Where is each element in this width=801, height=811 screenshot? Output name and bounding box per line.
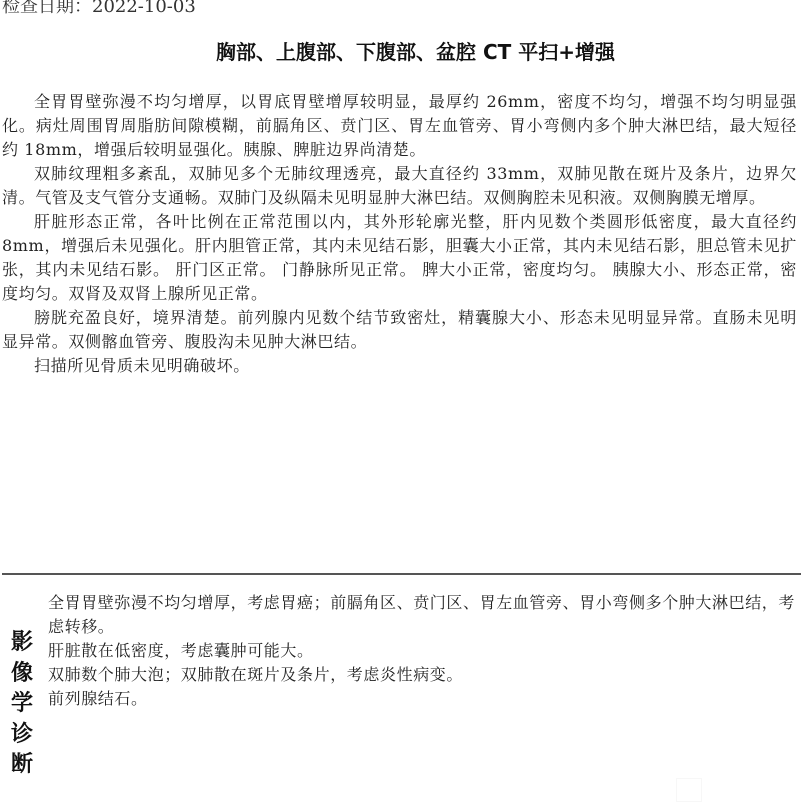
section-divider <box>2 573 801 575</box>
diagnosis-label: 影 像 学 诊 断 <box>8 628 36 781</box>
finding-paragraph-liver: 肝脏形态正常，各叶比例在正常范围以内，其外形轮廓光整，肝内见数个类圆形低密度，最… <box>2 210 797 306</box>
finding-paragraph-pelvis: 膀胱充盈良好，境界清楚。前列腺内见数个结节致密灶，精囊腺大小、形态未见明显异常。… <box>2 306 797 354</box>
diagnosis-label-char: 影 <box>8 628 36 659</box>
diagnosis-section: 全胃胃壁弥漫不均匀增厚，考虑胃癌；前膈角区、贲门区、胃左血管旁、胃小弯侧多个肿大… <box>48 591 801 711</box>
finding-paragraph-bone: 扫描所见骨质未见明确破坏。 <box>2 354 797 378</box>
findings-section: 全胃胃壁弥漫不均匀增厚，以胃底胃壁增厚较明显，最厚约 26mm，密度不均匀，增强… <box>2 90 797 378</box>
diagnosis-item: 全胃胃壁弥漫不均匀增厚，考虑胃癌；前膈角区、贲门区、胃左血管旁、胃小弯侧多个肿大… <box>48 591 801 639</box>
diagnosis-label-char: 像 <box>8 659 36 690</box>
finding-paragraph-stomach: 全胃胃壁弥漫不均匀增厚，以胃底胃壁增厚较明显，最厚约 26mm，密度不均匀，增强… <box>2 90 797 162</box>
diagnosis-label-char: 学 <box>8 689 36 720</box>
diagnosis-label-char: 断 <box>8 750 36 781</box>
exam-date: 检查日期：2022-10-03 <box>2 0 196 18</box>
faint-watermark <box>676 778 702 802</box>
report-title: 胸部、上腹部、下腹部、盆腔 CT 平扫+增强 <box>0 38 801 66</box>
diagnosis-item: 双肺数个肺大泡；双肺散在斑片及条片，考虑炎性病变。 <box>48 663 801 687</box>
diagnosis-item: 前列腺结石。 <box>48 687 801 711</box>
finding-paragraph-lungs: 双肺纹理粗多紊乱，双肺见多个无肺纹理透亮，最大直径约 33mm，双肺见散在斑片及… <box>2 162 797 210</box>
diagnosis-label-char: 诊 <box>8 720 36 751</box>
diagnosis-item: 肝脏散在低密度，考虑囊肿可能大。 <box>48 639 801 663</box>
